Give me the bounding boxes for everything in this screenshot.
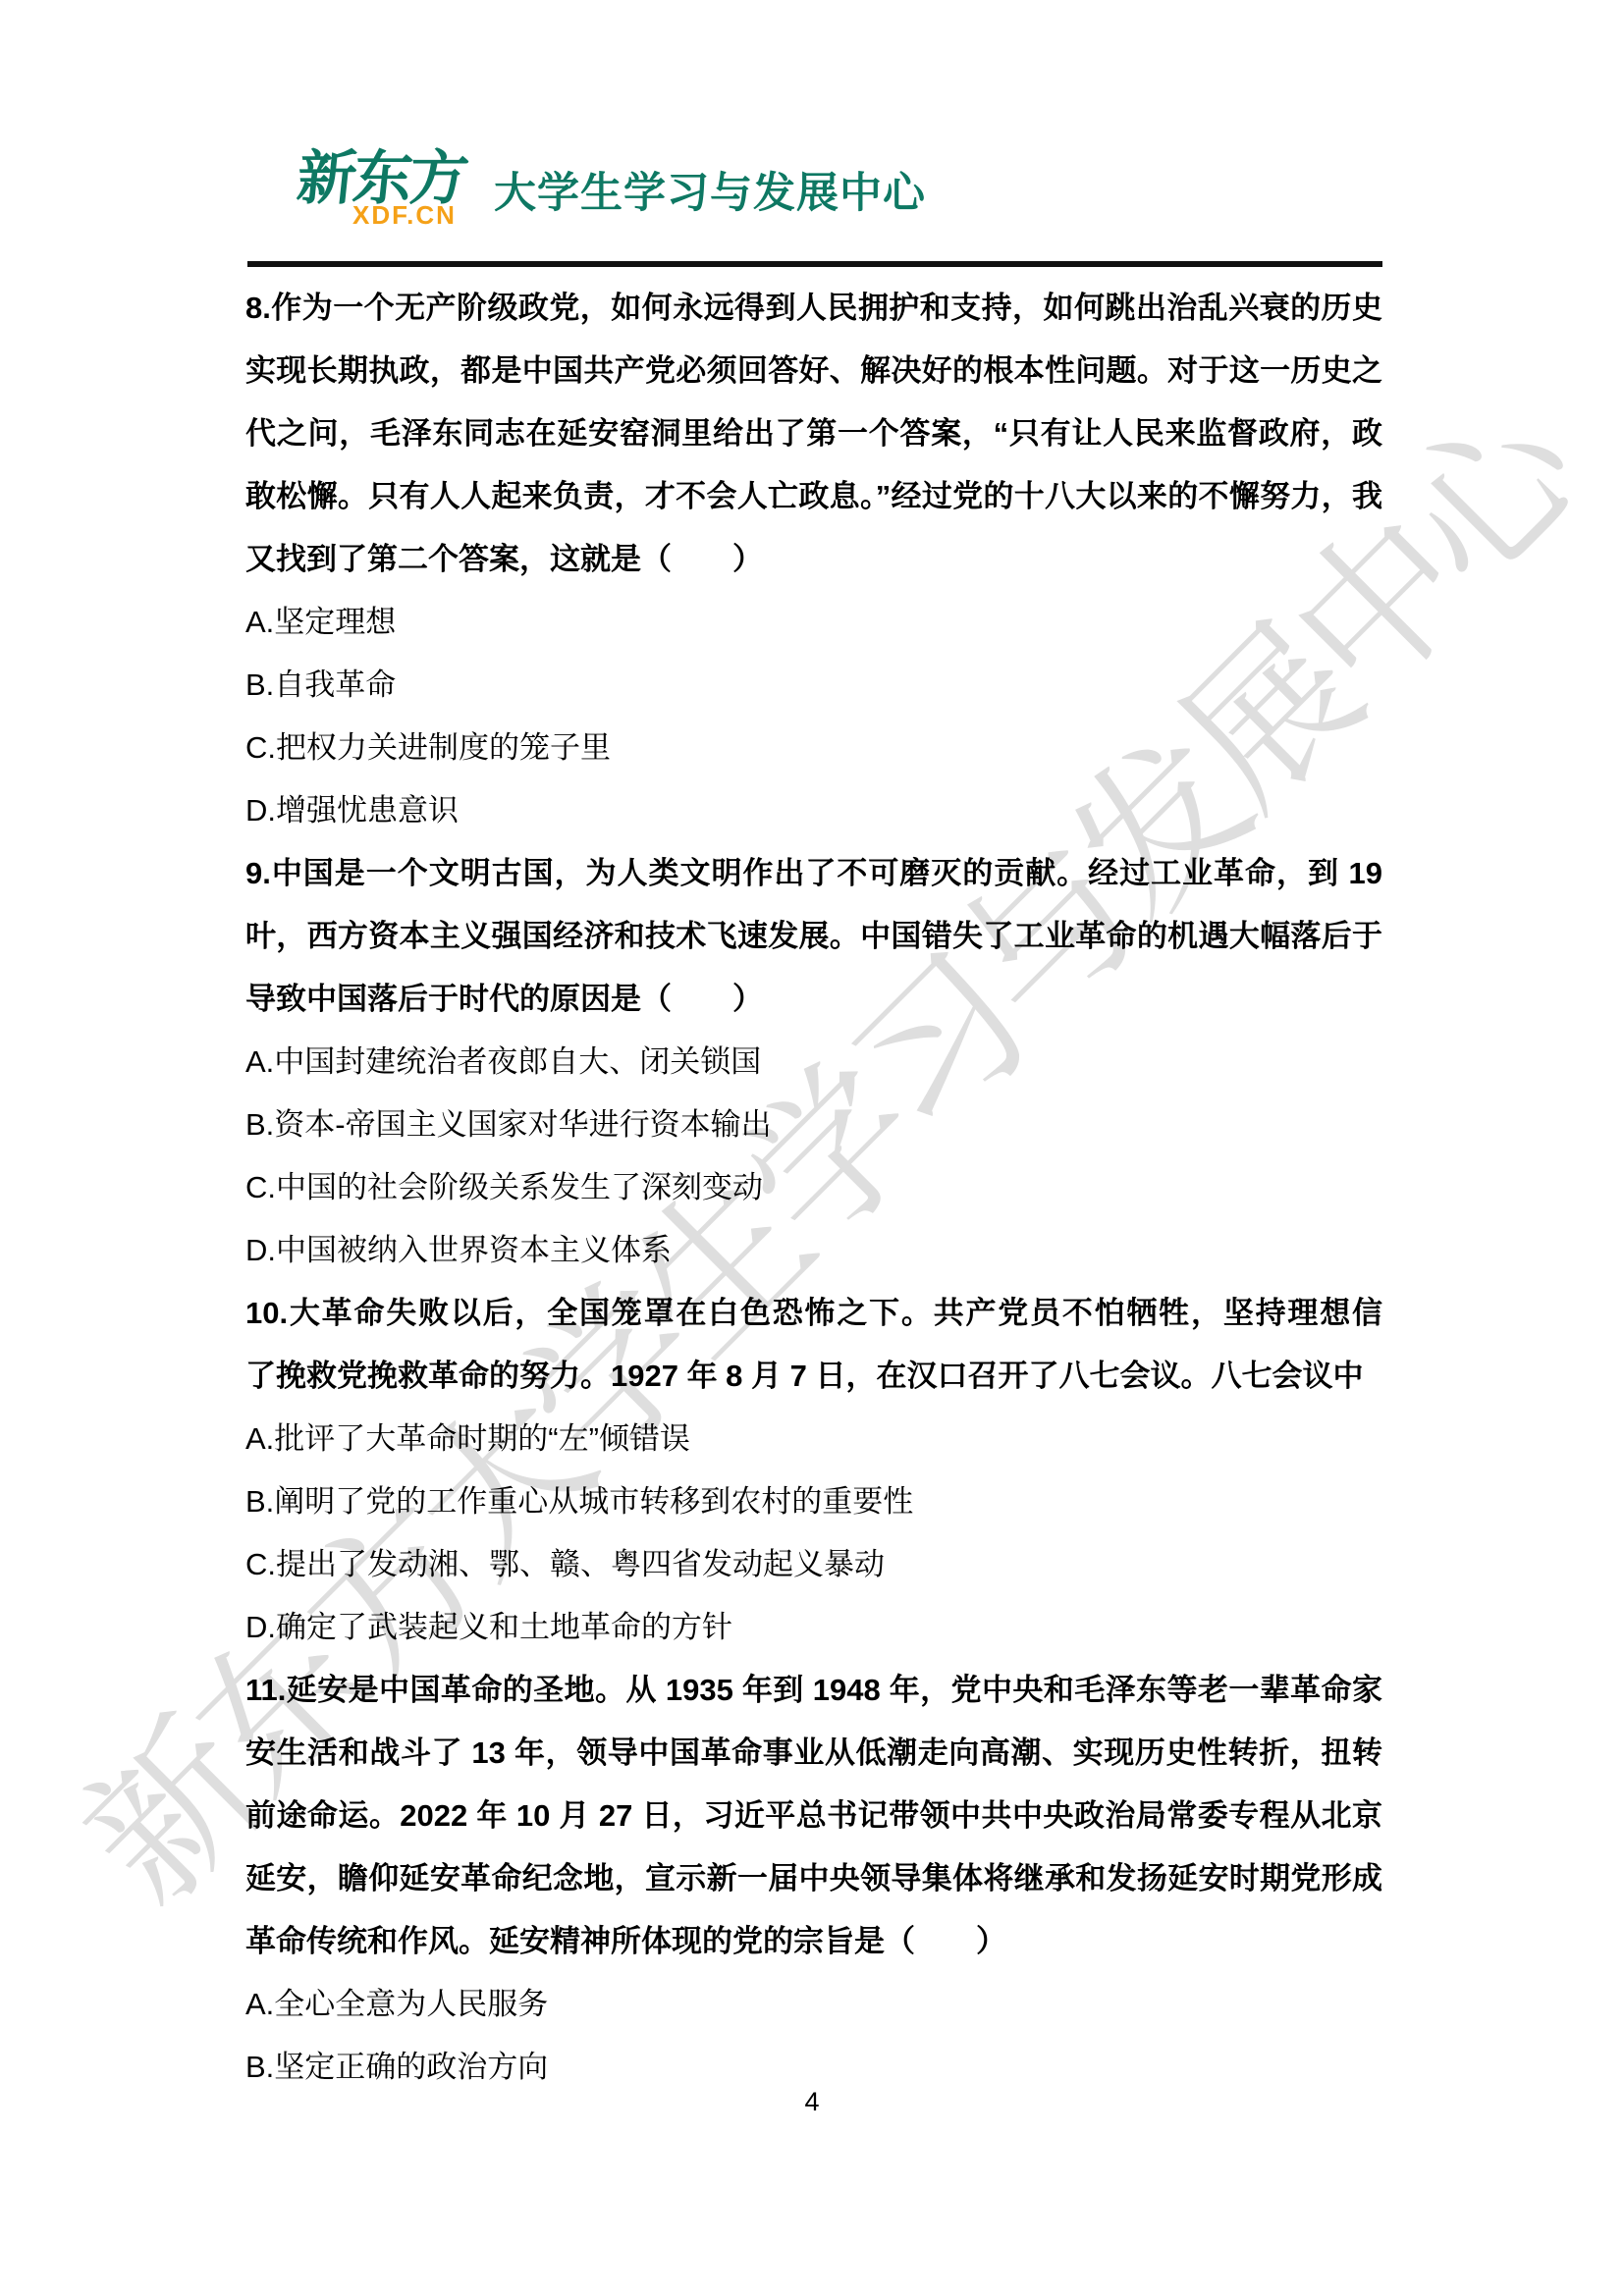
- question-9-stem-line: 9.中国是一个文明古国，为人类文明作出了不可磨灭的贡献。经过工业革命，到 19 …: [245, 842, 1382, 905]
- question-8-stem-line: 8.作为一个无产阶级政党，如何永远得到人民拥护和支持，如何跳出治乱兴衰的历史周期…: [245, 277, 1382, 340]
- question-10-option-d: D.确定了武装起义和土地革命的方针: [245, 1596, 1382, 1659]
- question-8-option-d: D.增强忧患意识: [245, 779, 1382, 842]
- question-8-stem-line: 敢松懈。只有人人起来负责，才不会人亡政息。”经过党的十八大以来的不懈努力，我们党: [245, 465, 1382, 528]
- questions-area: 8.作为一个无产阶级政党，如何永远得到人民拥护和支持，如何跳出治乱兴衰的历史周期…: [245, 277, 1382, 2099]
- question-11-stem-line: 安生活和战斗了 13 年，领导中国革命事业从低潮走向高潮、实现历史性转折，扭转了…: [245, 1722, 1382, 1785]
- question-9-option-b: B.资本-帝国主义国家对华进行资本输出: [245, 1094, 1382, 1156]
- question-10-option-b: B.阐明了党的工作重心从城市转移到农村的重要性: [245, 1470, 1382, 1533]
- question-9-option-c: C.中国的社会阶级关系发生了深刻变动: [245, 1156, 1382, 1219]
- question-10-stem-line: 10.大革命失败以后，全国笼罩在白色恐怖之下。共产党员不怕牺牲，坚持理想信念，做…: [245, 1282, 1382, 1345]
- question-8-option-a: A.坚定理想: [245, 591, 1382, 654]
- question-8-option-b: B.自我革命: [245, 654, 1382, 717]
- question-11-option-a: A.全心全意为人民服务: [245, 1973, 1382, 2036]
- question-9-stem-line: 叶，西方资本主义强国经济和技术飞速发展。中国错失了工业革命的机遇大幅落后于时代。: [245, 905, 1382, 968]
- question-10-stem-line: 了挽救党挽救革命的努力。1927 年 8 月 7 日，在汉口召开了八七会议。八七…: [245, 1345, 1382, 1408]
- header-title: 大学生学习与发展中心: [494, 173, 926, 215]
- question-8-option-c: C.把权力关进制度的笼子里: [245, 717, 1382, 779]
- page-number: 4: [0, 2087, 1624, 2117]
- question-11-stem-line: 延安，瞻仰延安革命纪念地，宣示新一届中央领导集体将继承和发扬延安时期党形成的优良: [245, 1847, 1382, 1910]
- question-9-option-a: A.中国封建统治者夜郎自大、闭关锁国: [245, 1031, 1382, 1094]
- question-9-stem-line: 导致中国落后于时代的原因是（ ）: [245, 968, 1382, 1031]
- xdf-logo: 新东方 XDF.CN: [298, 149, 465, 228]
- header-divider-rule: [247, 261, 1382, 267]
- question-10-option-a: A.批评了大革命时期的“左”倾错误: [245, 1408, 1382, 1470]
- question-9-option-d: D.中国被纳入世界资本主义体系: [245, 1219, 1382, 1282]
- question-11-stem-line: 11.延安是中国革命的圣地。从 1935 年到 1948 年，党中央和毛泽东等老…: [245, 1659, 1382, 1722]
- question-8-stem-line: 实现长期执政，都是中国共产党必须回答好、解决好的根本性问题。对于这一历史之问、时: [245, 340, 1382, 402]
- question-10-option-c: C.提出了发动湘、鄂、赣、粤四省发动起义暴动: [245, 1533, 1382, 1596]
- question-11-stem-line: 前途命运。2022 年 10 月 27 日，习近平总书记带领中共中央政治局常委专…: [245, 1785, 1382, 1847]
- question-11-stem-line: 革命传统和作风。延安精神所体现的党的宗旨是（ ）: [245, 1910, 1382, 1973]
- question-8-stem-line: 代之问，毛泽东同志在延安窑洞里给出了第一个答案，“只有让人民来监督政府，政府才不: [245, 402, 1382, 465]
- question-8-stem-line: 又找到了第二个答案，这就是（ ）: [245, 528, 1382, 591]
- xdf-logo-text: 新东方: [295, 149, 468, 208]
